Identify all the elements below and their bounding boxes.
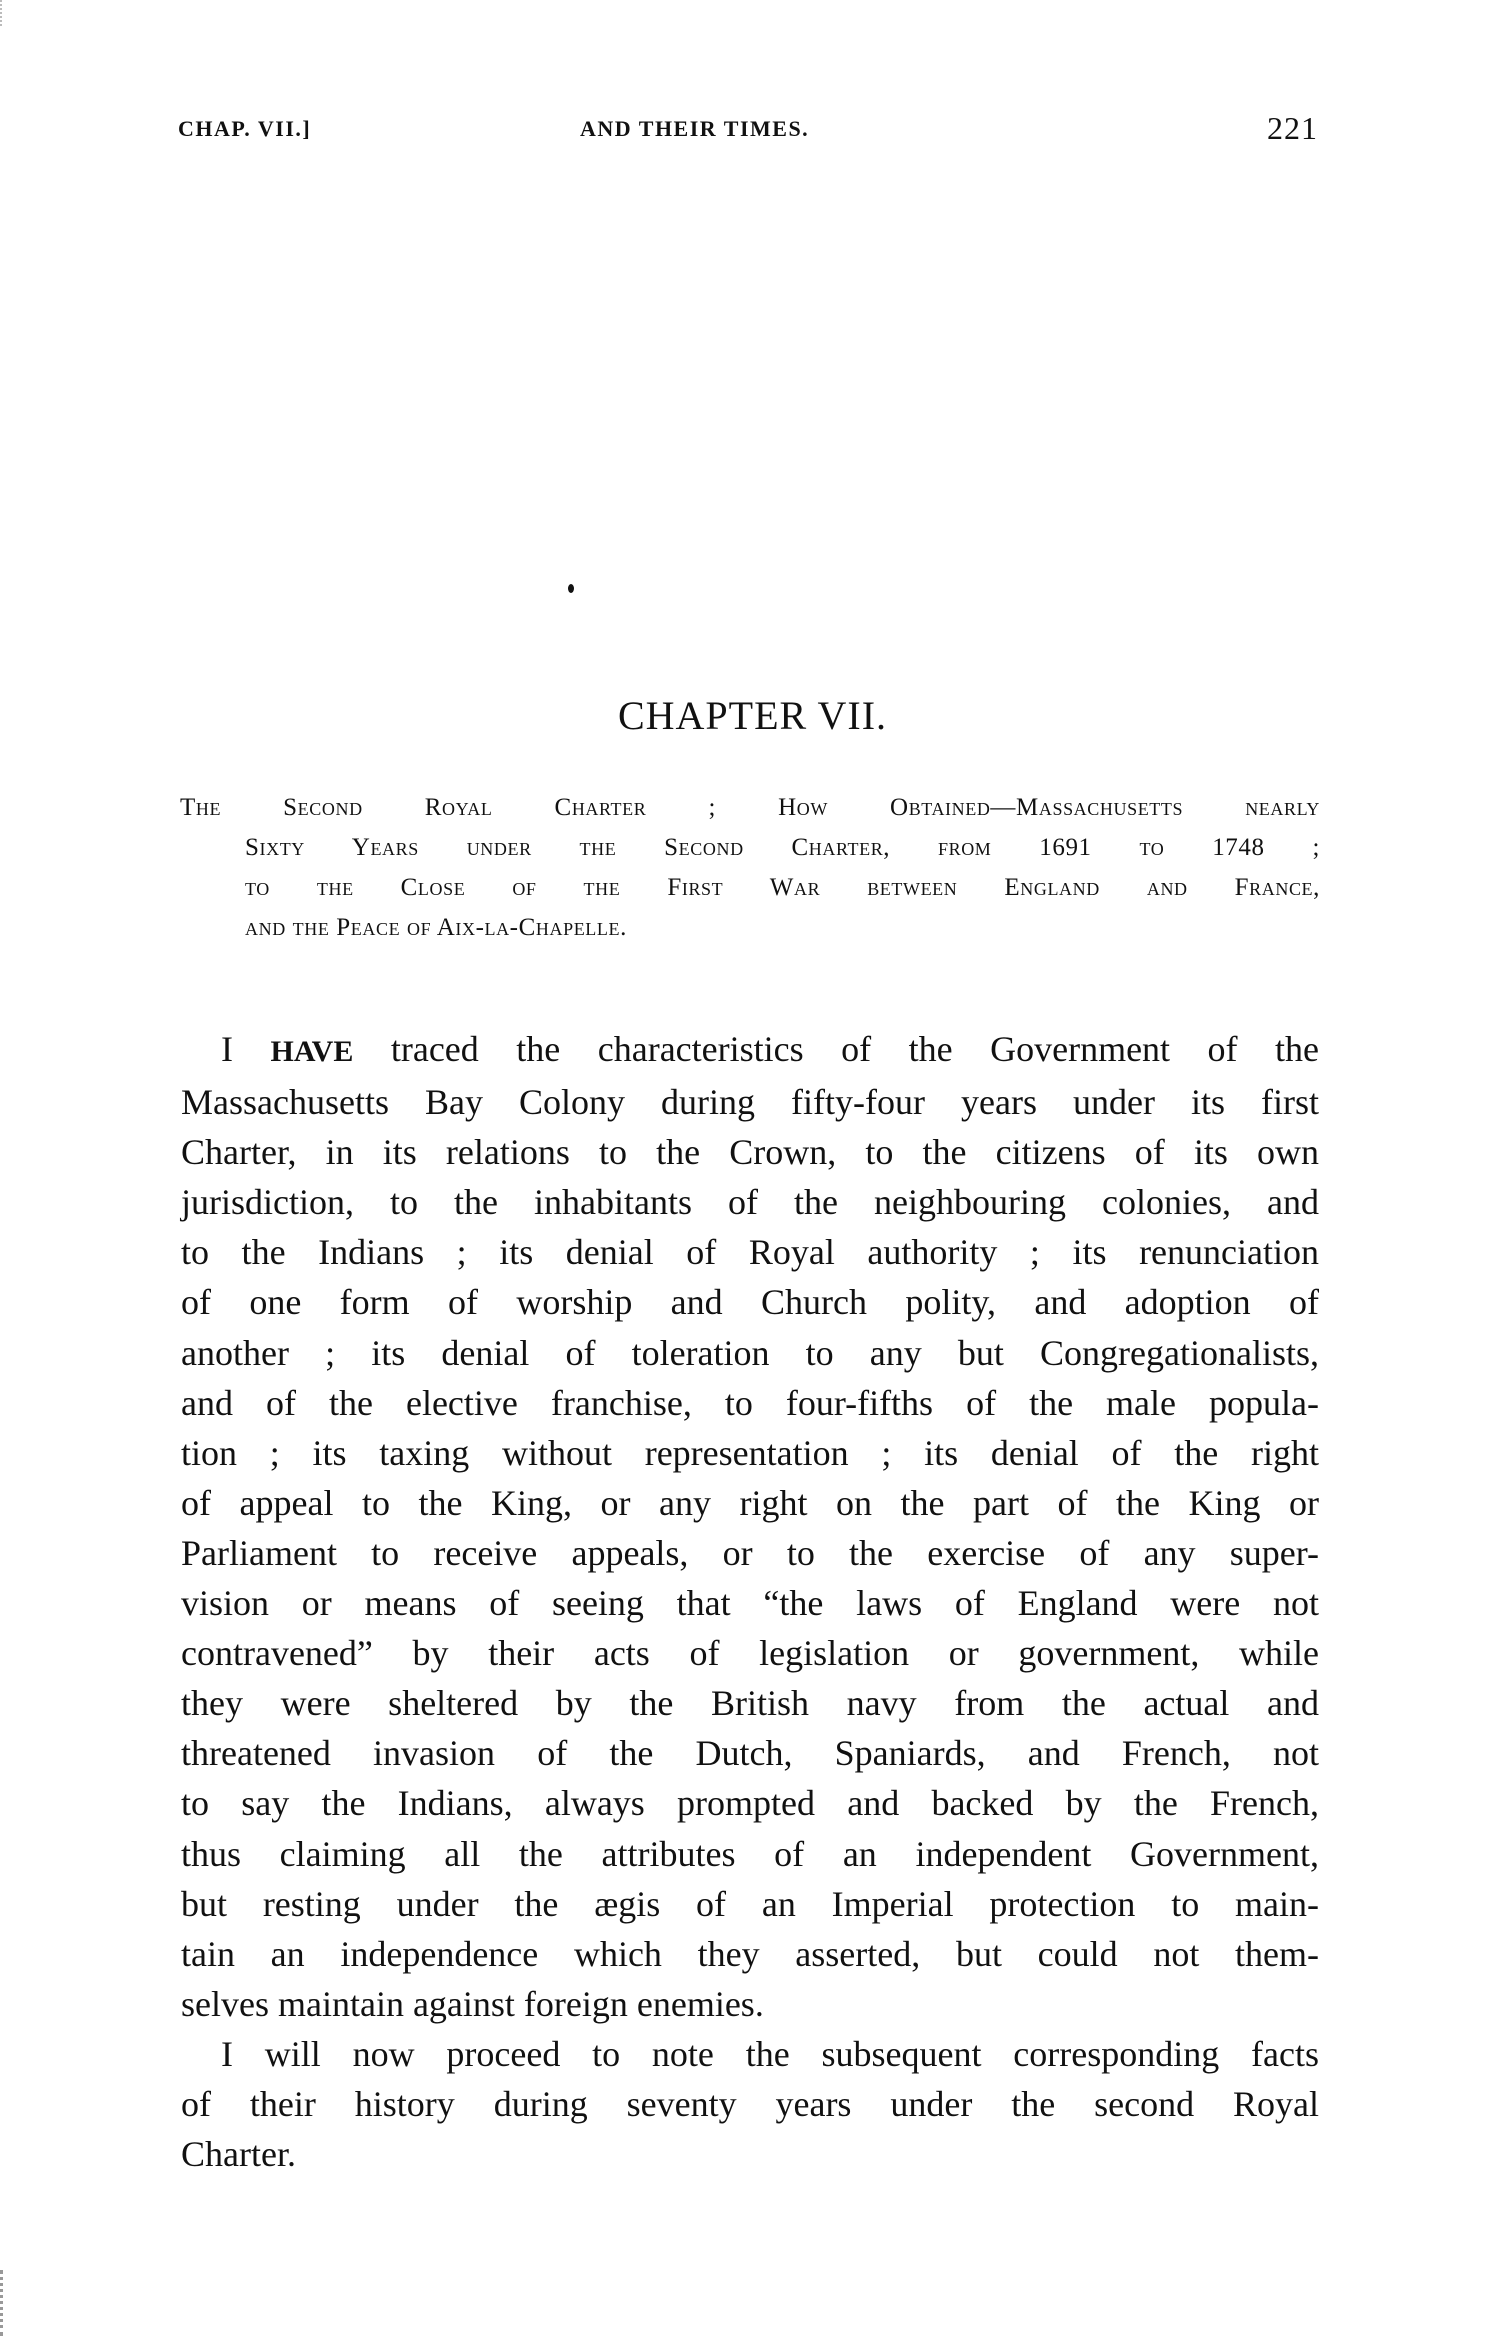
running-head: CHAP. VII.] AND THEIR TIMES. 221 bbox=[178, 110, 1318, 150]
text-line: Massachusetts Bay Colony during fifty-fo… bbox=[181, 1077, 1319, 1127]
body-text: I HAVE traced the characteristics of the… bbox=[181, 1024, 1319, 2179]
text-line: threatened invasion of the Dutch, Spania… bbox=[181, 1728, 1319, 1778]
chapter-title-text: CHAPTER VII. bbox=[618, 693, 887, 738]
running-head-chapter: CHAP. VII.] bbox=[178, 116, 311, 142]
text-line: but resting under the ægis of an Imperia… bbox=[181, 1879, 1319, 1929]
text-line: tion ; its taxing without representation… bbox=[181, 1428, 1319, 1478]
page-number: 221 bbox=[1267, 110, 1318, 147]
first-line-rest: traced the characteristics of the Govern… bbox=[391, 1029, 1319, 1069]
summary-line: Sixty Years under the Second Charter, fr… bbox=[245, 828, 1320, 868]
paragraph-1-first-line: I HAVE traced the characteristics of the… bbox=[181, 1024, 1319, 1077]
book-page: CHAP. VII.] AND THEIR TIMES. 221 CHAPTER… bbox=[0, 0, 1501, 2336]
stray-ink-dot bbox=[568, 584, 574, 593]
scan-edge-artifact bbox=[0, 0, 6, 26]
text-line: I will now proceed to note the subsequen… bbox=[181, 2029, 1319, 2079]
running-head-title: AND THEIR TIMES. bbox=[580, 116, 809, 142]
text-line: thus claiming all the attributes of an i… bbox=[181, 1829, 1319, 1879]
summary-line: to the Close of the First War between En… bbox=[245, 868, 1320, 908]
text-line: Parliament to receive appeals, or to the… bbox=[181, 1528, 1319, 1578]
text-line: they were sheltered by the British navy … bbox=[181, 1678, 1319, 1728]
text-line: selves maintain against foreign enemies. bbox=[181, 1979, 1319, 2029]
text-line: to say the Indians, always prompted and … bbox=[181, 1778, 1319, 1828]
text-line: tain an independence which they asserted… bbox=[181, 1929, 1319, 1979]
text-line: of their history during seventy years un… bbox=[181, 2079, 1319, 2129]
summary-line: and the Peace of Aix-la-Chapelle. bbox=[245, 908, 1320, 948]
lead-smallcaps: HAVE bbox=[271, 1035, 354, 1068]
chapter-title: CHAPTER VII. bbox=[0, 692, 1501, 739]
lead-word: I bbox=[221, 1029, 233, 1069]
text-line: vision or means of seeing that “the laws… bbox=[181, 1578, 1319, 1628]
scan-edge-artifact bbox=[0, 2270, 8, 2336]
text-line: jurisdiction, to the inhabitants of the … bbox=[181, 1177, 1319, 1227]
summary-line: The Second Royal Charter ; How Obtained—… bbox=[180, 788, 1320, 828]
text-line: Charter. bbox=[181, 2129, 1319, 2179]
text-line: to the Indians ; its denial of Royal aut… bbox=[181, 1227, 1319, 1277]
text-line: and of the elective franchise, to four-f… bbox=[181, 1378, 1319, 1428]
chapter-summary: The Second Royal Charter ; How Obtained—… bbox=[180, 788, 1320, 948]
text-line: of one form of worship and Church polity… bbox=[181, 1277, 1319, 1327]
text-line: another ; its denial of toleration to an… bbox=[181, 1328, 1319, 1378]
text-line: of appeal to the King, or any right on t… bbox=[181, 1478, 1319, 1528]
text-line: Charter, in its relations to the Crown, … bbox=[181, 1127, 1319, 1177]
text-line: contravened” by their acts of legislatio… bbox=[181, 1628, 1319, 1678]
